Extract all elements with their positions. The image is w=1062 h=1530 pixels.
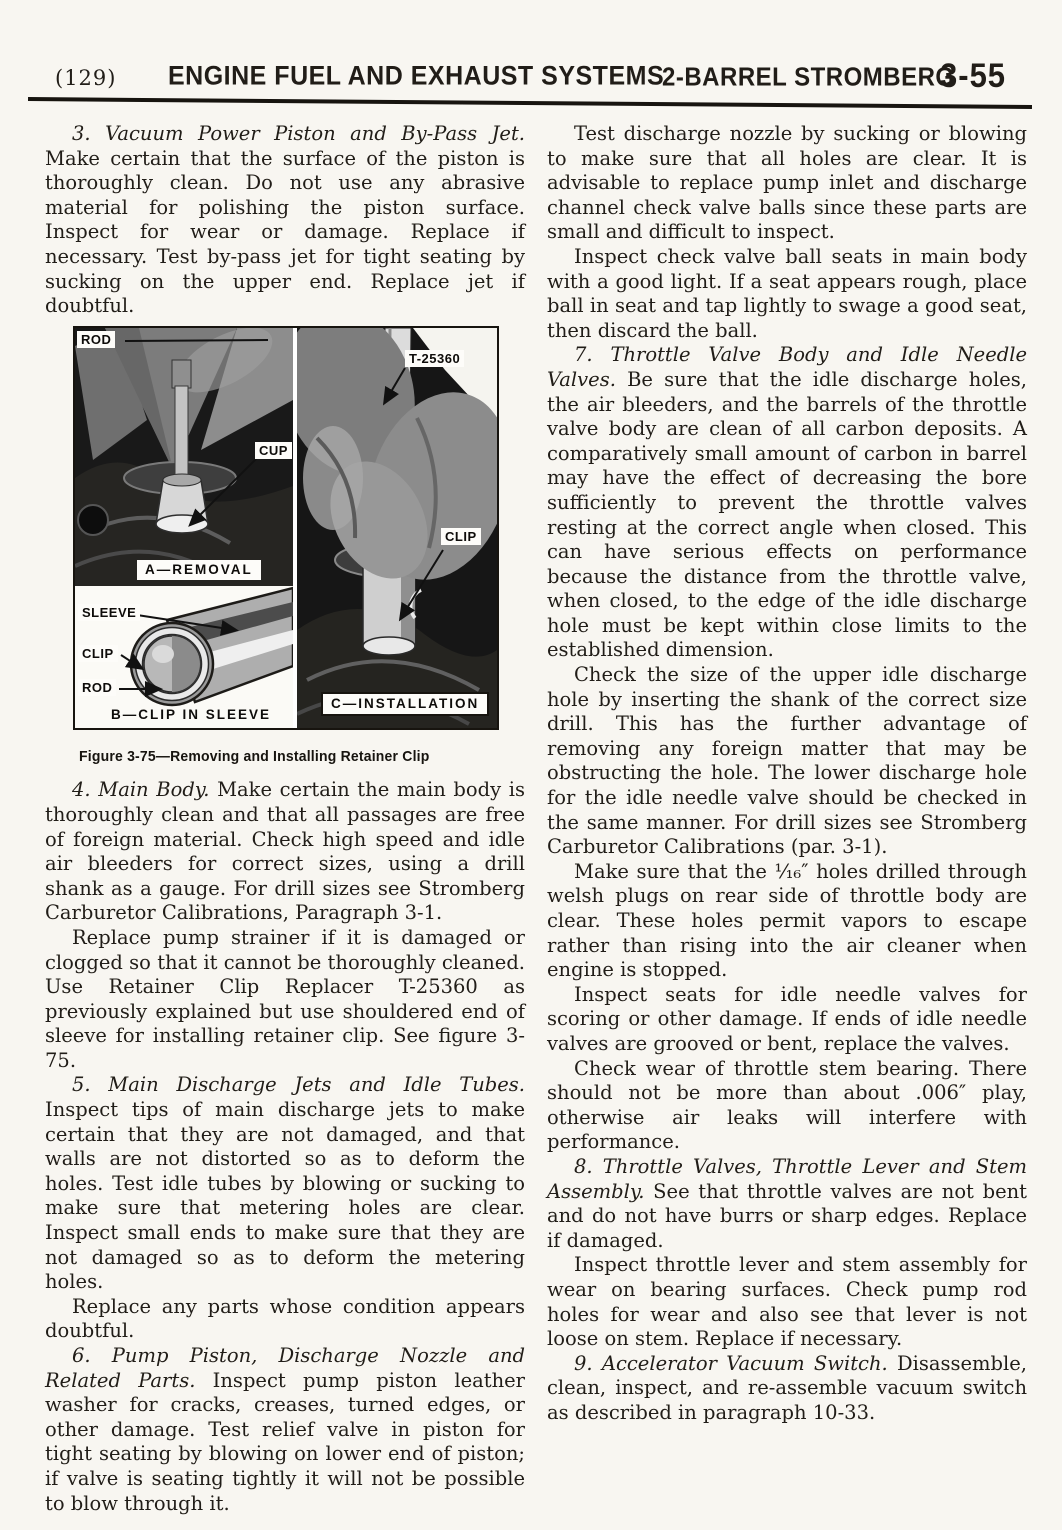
header-rule	[28, 97, 1032, 108]
paragraph-9: 9. Accelerator Vacuum Switch. Disassembl…	[547, 1352, 1027, 1426]
paragraph-7-cont-2: Make sure that the ¹⁄₁₆″ holes drilled t…	[547, 860, 1027, 983]
page-number: 3-55	[940, 56, 1006, 96]
label-cup-a: CUP	[255, 442, 292, 459]
label-tool-c: T-25360	[405, 350, 464, 367]
label-sleeve-b: SLEEVE	[78, 604, 140, 621]
paragraph-6: 6. Pump Piston, Discharge Nozzle and Rel…	[45, 1344, 525, 1516]
left-column: 3. Vacuum Power Piston and By-Pass Jet. …	[45, 122, 525, 1516]
paragraph-4: 4. Main Body. Make certain the main body…	[45, 778, 525, 926]
paragraph-7-cont-1: Check the size of the upper idle dischar…	[547, 663, 1027, 860]
paragraph-7: 7. Throttle Valve Body and Idle Needle V…	[547, 343, 1027, 663]
paragraph-5: 5. Main Discharge Jets and Idle Tubes. I…	[45, 1073, 525, 1294]
label-rod-b: ROD	[78, 679, 116, 696]
paragraph-discharge-nozzle: Test discharge nozzle by sucking or blow…	[547, 122, 1027, 245]
figure-caption: Figure 3-75—Removing and Installing Reta…	[79, 743, 525, 769]
panel-a-caption: A—REMOVAL	[137, 560, 261, 580]
figure-callout-arrows	[75, 328, 497, 728]
chapter-title: ENGINE FUEL AND EXHAUST SYSTEMS	[168, 61, 664, 92]
paragraph-8: 8. Throttle Valves, Throttle Lever and S…	[547, 1155, 1027, 1253]
paragraph-7-cont-4: Check wear of throttle stem bearing. The…	[547, 1057, 1027, 1155]
paragraph-4-cont: Replace pump strainer if it is damaged o…	[45, 926, 525, 1074]
paragraph-5-cont: Replace any parts whose condition appear…	[45, 1295, 525, 1344]
section-title: 2-BARREL STROMBERG	[662, 63, 955, 93]
paragraph-3: 3. Vacuum Power Piston and By-Pass Jet. …	[45, 122, 525, 319]
panel-b-caption: B—CLIP IN SLEEVE	[103, 705, 279, 725]
paragraph-7-cont-3: Inspect seats for idle needle valves for…	[547, 983, 1027, 1057]
label-rod-a: ROD	[77, 331, 115, 348]
page-header: (129) ENGINE FUEL AND EXHAUST SYSTEMS 2-…	[0, 0, 1062, 118]
paragraph-check-valve-seats: Inspect check valve ball seats in main b…	[547, 245, 1027, 343]
two-column-body: 3. Vacuum Power Piston and By-Pass Jet. …	[45, 122, 1027, 1516]
figure-3-75: ROD CUP A—REMOVAL SLEEVE CLIP ROD B—CLIP…	[75, 328, 497, 728]
label-clip-c: CLIP	[441, 528, 481, 545]
paragraph-8-cont: Inspect throttle lever and stem assembly…	[547, 1253, 1027, 1351]
panel-c-caption: C—INSTALLATION	[323, 694, 487, 714]
manual-page: (129) ENGINE FUEL AND EXHAUST SYSTEMS 2-…	[0, 0, 1062, 1530]
label-clip-b: CLIP	[78, 645, 118, 662]
page-reference: (129)	[55, 66, 116, 90]
right-column: Test discharge nozzle by sucking or blow…	[547, 122, 1027, 1516]
